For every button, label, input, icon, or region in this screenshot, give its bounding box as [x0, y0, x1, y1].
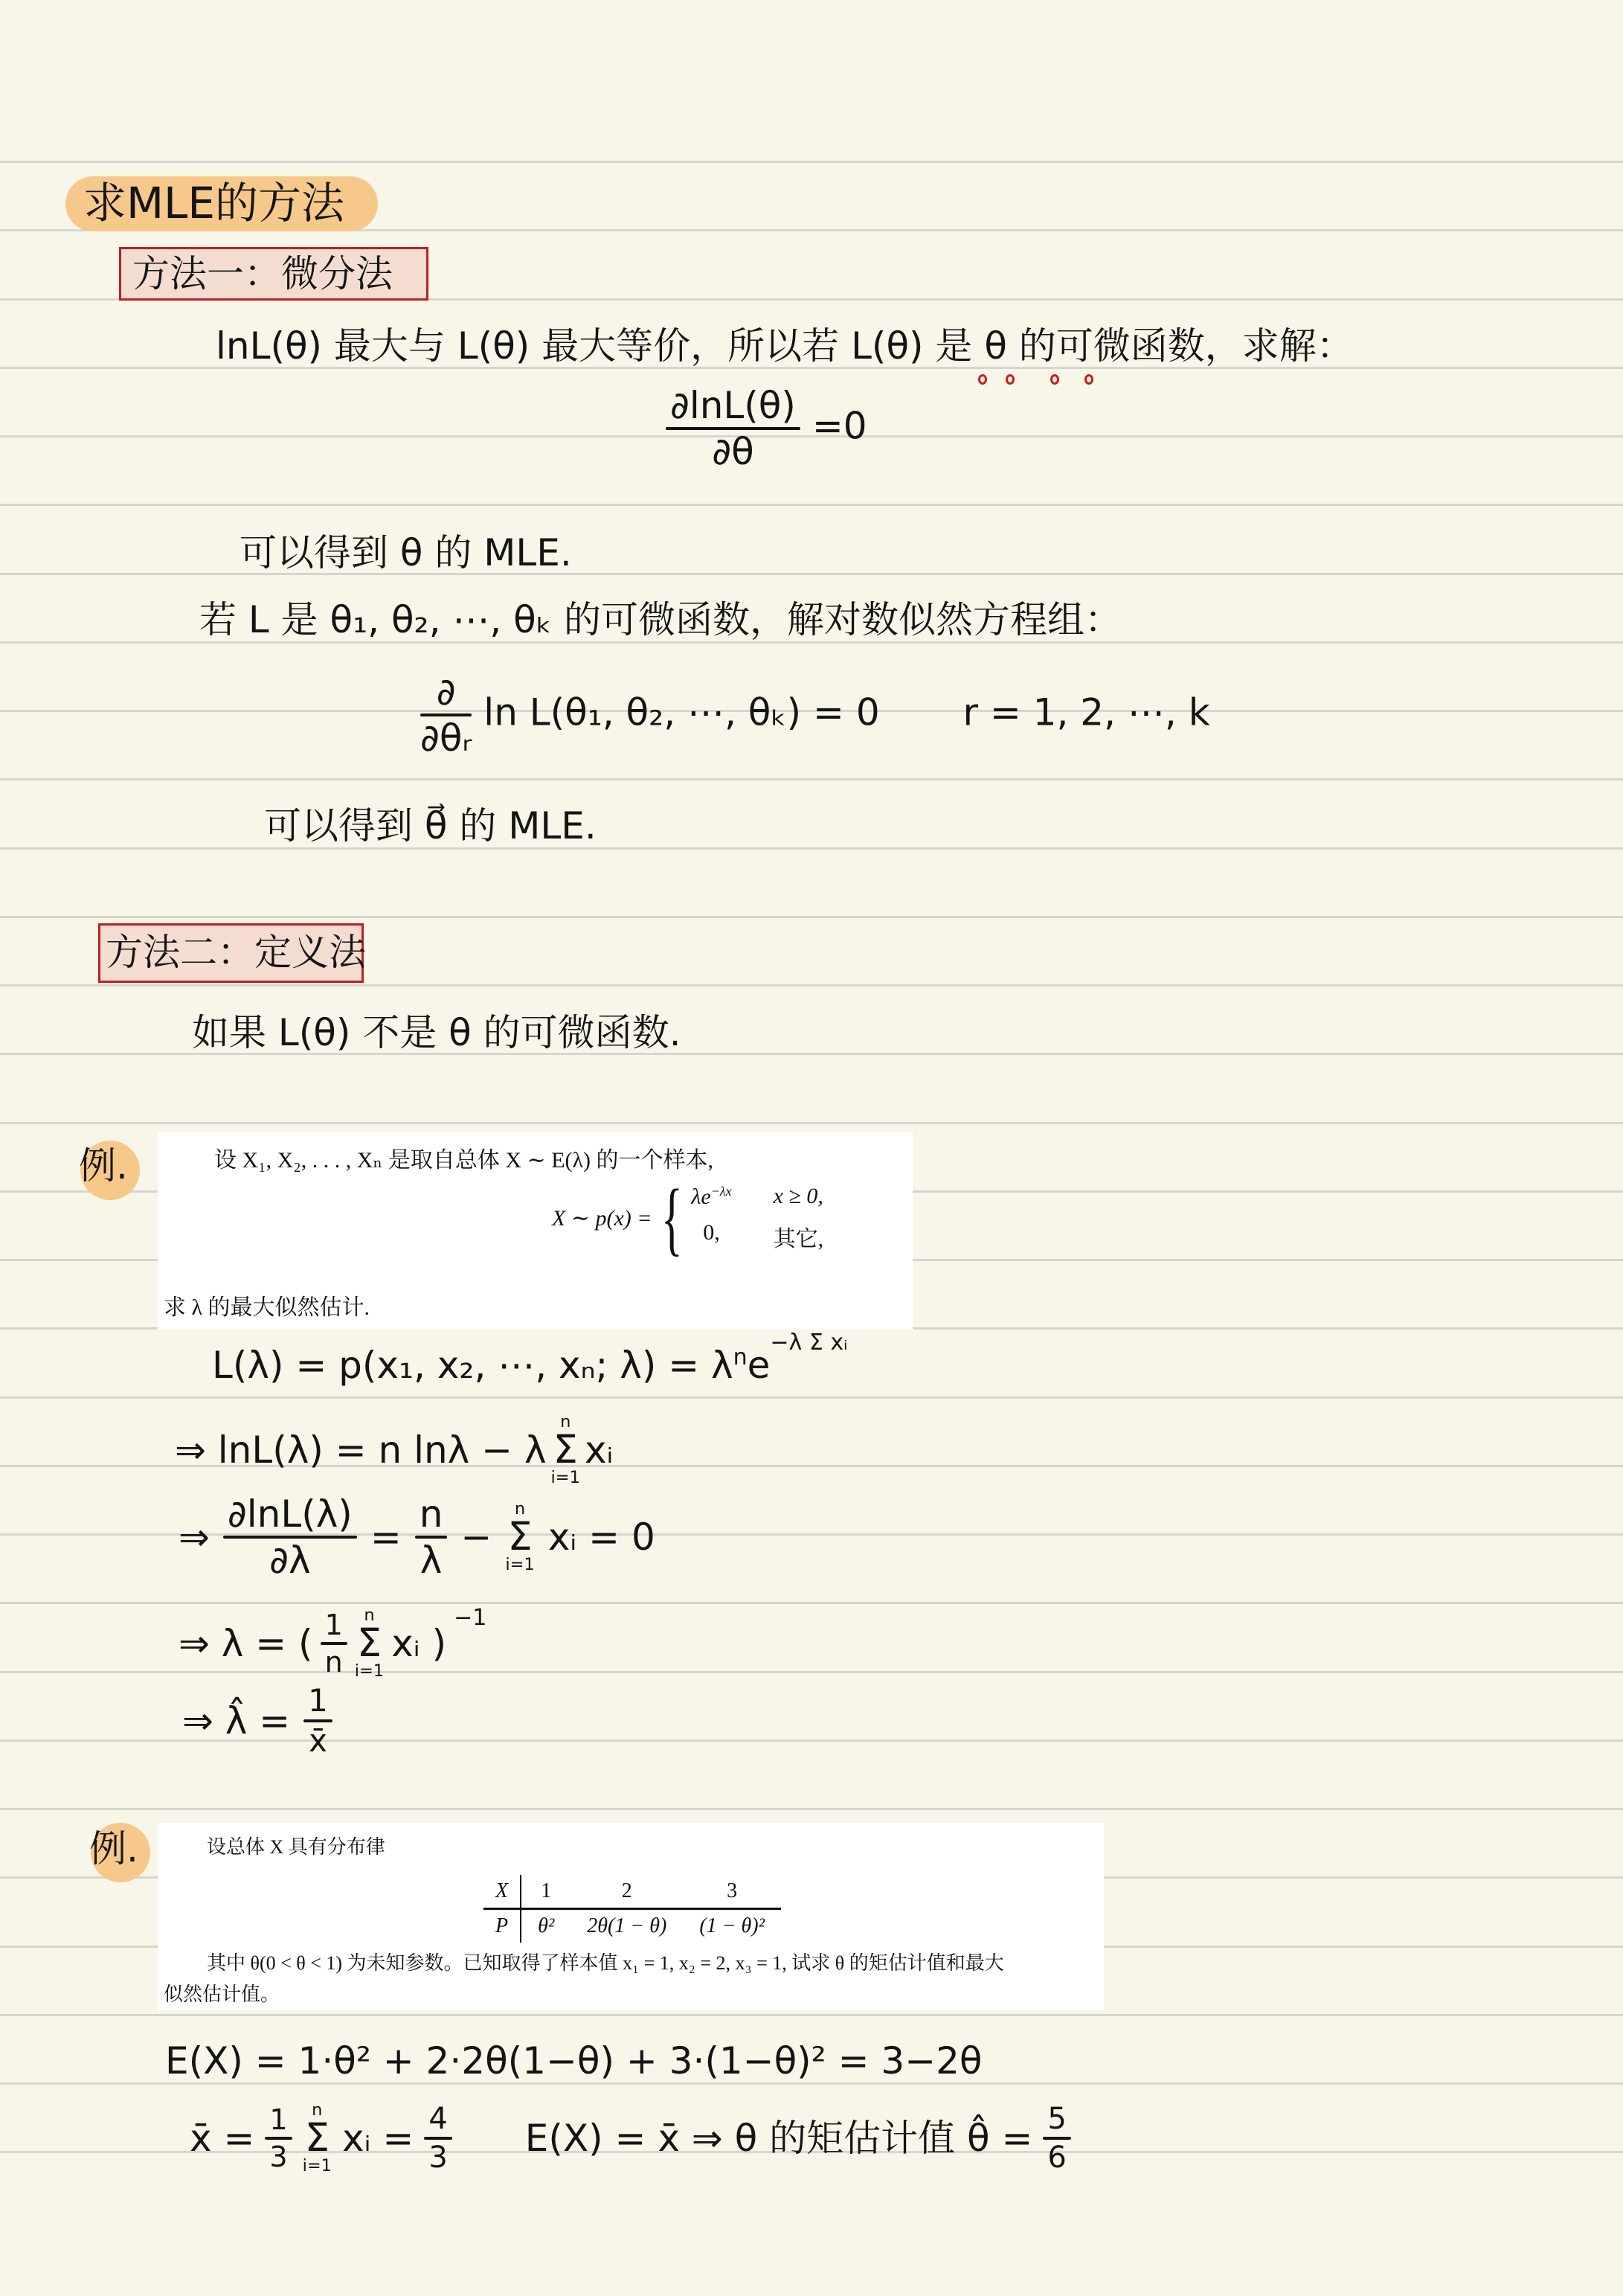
table-cell: 2θ(1 − θ): [571, 1909, 683, 1943]
ruled-line: [0, 1396, 1623, 1399]
eq2-range: r = 1, 2, ⋯, k: [962, 691, 1209, 734]
eq1-rhs: =0: [812, 405, 867, 448]
brace-icon: {: [661, 1177, 682, 1259]
ruled-line: [0, 1808, 1623, 1810]
example1-pdf: X ∼ p(x) = { λe−λx x ≥ 0, 0, 其它,: [552, 1177, 823, 1259]
table-header-cell: 2: [571, 1875, 683, 1909]
table-header-cell: 3: [683, 1875, 781, 1909]
example2-text1: 其中 θ(0 < θ < 1) 为未知参数。已知取得了样本值 x₁ = 1, x…: [207, 1948, 1004, 1975]
case1-value: λe−λx: [691, 1184, 731, 1210]
table-cell: P: [483, 1909, 521, 1943]
solution1-line2: ⇒ lnL(λ) = n lnλ − λ nΣi=1 xᵢ: [175, 1414, 614, 1487]
method2-heading: 方法二：定义法: [106, 934, 366, 971]
ruled-line: [0, 641, 1623, 644]
eq1-numerator: ∂lnL(θ): [666, 387, 800, 427]
eq2-body: ln L(θ₁, θ₂, ⋯, θₖ) = 0: [483, 691, 879, 734]
example1-problem: 设 X₁, X₂, . . . , Xₙ 是取自总体 X ∼ E(λ) 的一个样…: [158, 1132, 913, 1330]
case2-value: 0,: [691, 1220, 731, 1253]
ruled-line: [0, 1122, 1623, 1124]
solution2-line1: E(X) = 1·θ² + 2·2θ(1−θ) + 3·(1−θ)² = 3−2…: [165, 2042, 983, 2079]
example2-problem: 设总体 X 具有分布律 X 1 2 3 P θ² 2θ(1 − θ) (1 − …: [158, 1823, 1104, 2010]
ruled-line: [0, 2082, 1623, 2085]
solution1-line3: ⇒ ∂lnL(λ)∂λ = nλ − nΣi=1 xᵢ = 0: [179, 1495, 655, 1579]
likelihood-equation: ∂lnL(θ) ∂θ =0: [666, 387, 867, 470]
method1-result: 可以得到 θ 的 MLE.: [240, 534, 572, 571]
table-header-cell: X: [483, 1875, 521, 1909]
method1-multiparam: 若 L 是 θ₁, θ₂, ⋯, θₖ 的可微函数，解对数似然方程组：: [199, 601, 1122, 638]
table-cell: θ²: [521, 1909, 571, 1943]
emphasis-dot-icon: [1006, 374, 1015, 385]
ruled-line: [0, 1602, 1623, 1604]
table-header-cell: 1: [521, 1875, 571, 1909]
solution1-line1: L(λ) = p(x₁, x₂, ⋯, xₙ; λ) = λn e−λ Σ xᵢ: [212, 1347, 847, 1384]
method1-vector-result: 可以得到 θ⃗ 的 MLE.: [264, 807, 597, 844]
ruled-line: [0, 2014, 1623, 2016]
eq2-denominator: ∂θᵣ: [420, 716, 472, 757]
page-title: 求MLE的方法: [83, 182, 344, 225]
pdf-lhs: X ∼ p(x) =: [552, 1205, 652, 1231]
case2-condition: 其它,: [774, 1220, 824, 1253]
example2-intro: 设总体 X 具有分布律: [207, 1832, 385, 1859]
solution1-line4: ⇒ λ = ( 1n nΣi=1 xᵢ )−1: [179, 1607, 486, 1680]
example1-question: 求 λ 的最大似然估计.: [164, 1289, 370, 1321]
method2-statement: 如果 L(θ) 不是 θ 的可微函数.: [192, 1014, 681, 1051]
ruled-line: [0, 847, 1623, 850]
example2-text2: 似然估计值。: [164, 1979, 280, 2007]
example2-label: 例.: [89, 1830, 138, 1867]
ruled-line: [0, 984, 1623, 987]
eq1-denominator: ∂θ: [712, 430, 753, 470]
eq2-numerator: ∂: [432, 673, 460, 714]
likelihood-system: ∂ ∂θᵣ ln L(θ₁, θ₂, ⋯, θₖ) = 0 r = 1, 2, …: [420, 673, 1210, 757]
ruled-line: [0, 778, 1623, 780]
solution2-line2: x̄ = 13 nΣi=1 xᵢ = 43 E(X) = x̄ ⇒ θ 的矩估计…: [190, 2102, 1071, 2175]
ruled-line: [0, 504, 1623, 506]
method1-statement: lnL(θ) 最大与 L(θ) 最大等价，所以若 L(θ) 是 θ 的可微函数，…: [216, 327, 1354, 365]
table-cell: (1 − θ)²: [683, 1909, 781, 1943]
distribution-table: X 1 2 3 P θ² 2θ(1 − θ) (1 − θ)²: [483, 1875, 781, 1943]
case1-condition: x ≥ 0,: [774, 1184, 824, 1210]
emphasis-dot-icon: [1084, 374, 1093, 385]
solution1-line5: ⇒ λ̂ = 1x̄: [182, 1685, 332, 1757]
ruled-line: [0, 161, 1623, 163]
ruled-line: [0, 916, 1623, 918]
emphasis-dot-icon: [978, 374, 987, 385]
example1-intro: 设 X₁, X₂, . . . , Xₙ 是取自总体 X ∼ E(λ) 的一个样…: [214, 1141, 713, 1174]
emphasis-dot-icon: [1050, 374, 1059, 385]
method1-heading: 方法一：微分法: [132, 255, 393, 292]
example1-label: 例.: [79, 1147, 128, 1184]
